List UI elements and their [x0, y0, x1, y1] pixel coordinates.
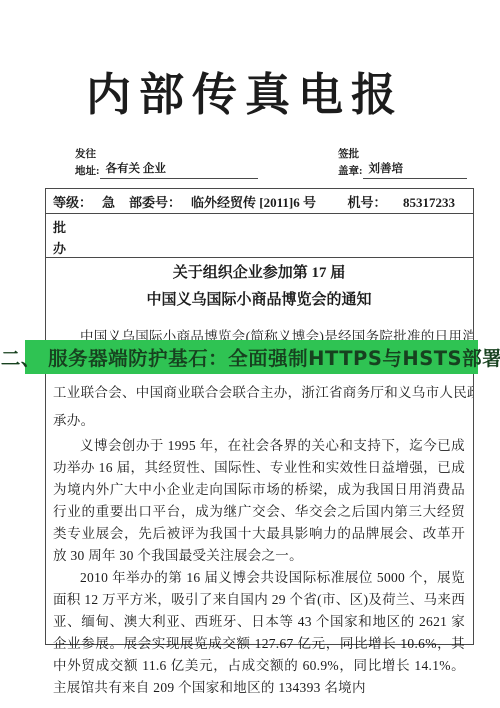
machine-number: 机号： 85317233 — [347, 192, 455, 211]
paragraph-1-line-3: 工业联合会、中国商业联合会联合主办，浙江省商务厅和义乌市人民政府共同 — [53, 379, 465, 407]
paragraph-3: 2010 年举办的第 16 届义博会共设国际标准展位 5000 个，展览面积 1… — [53, 567, 465, 699]
machine-value: 85317233 — [403, 195, 455, 210]
approval-line1: 批 — [53, 217, 473, 238]
grade-label: 等级： — [53, 192, 92, 211]
to-label: 发往 — [75, 147, 258, 162]
machine-label: 机号： — [347, 195, 386, 210]
document-title: 内部传真电报 — [0, 58, 490, 123]
paragraph-1-line-4: 承办。 — [53, 407, 465, 435]
notice-title-line2: 中国义乌国际小商品博览会的通知 — [53, 287, 465, 314]
paragraph-2: 义博会创办于 1995 年，在社会各界的关心和支持下，迄今已成功举办 16 届，… — [53, 435, 465, 567]
header-right: 签批 盖章: 刘善培 — [338, 147, 467, 179]
approval-line2: 办 — [53, 238, 473, 259]
ref-label: 部委号： — [129, 192, 181, 211]
seal-label: 盖章: — [338, 164, 363, 179]
seal-value: 刘善培 — [363, 162, 467, 179]
grade-value: 急 — [102, 192, 115, 211]
sign-label: 签批 — [338, 147, 467, 162]
notice-title-line1: 关于组织企业参加第 17 届 — [53, 260, 465, 287]
notice-content: 关于组织企业参加第 17 届 中国义乌国际小商品博览会的通知 中国义乌国际小商品… — [46, 258, 473, 699]
overlay-banner-text: 二、 服务器端防护基石：全面强制HTTPS与HSTS部署 — [1, 343, 500, 371]
header-left: 发往 地址: 各有关 企业 — [75, 147, 258, 179]
address-label: 地址: — [75, 164, 100, 179]
address-value: 各有关 企业 — [100, 162, 258, 179]
approval-row: 批 办 — [46, 214, 473, 258]
fax-page: 内部传真电报 发往 地址: 各有关 企业 签批 盖章: 刘善培 等级： 急 部委… — [0, 0, 500, 708]
meta-row: 等级： 急 部委号： 临外经贸传 [2011]6 号 机号： 85317233 — [46, 189, 473, 214]
ref-value: 临外经贸传 [2011]6 号 — [191, 192, 316, 211]
fax-form-table: 等级： 急 部委号： 临外经贸传 [2011]6 号 机号： 85317233 … — [45, 188, 474, 645]
overlay-banner: 二、 服务器端防护基石：全面强制HTTPS与HSTS部署 — [25, 340, 478, 374]
